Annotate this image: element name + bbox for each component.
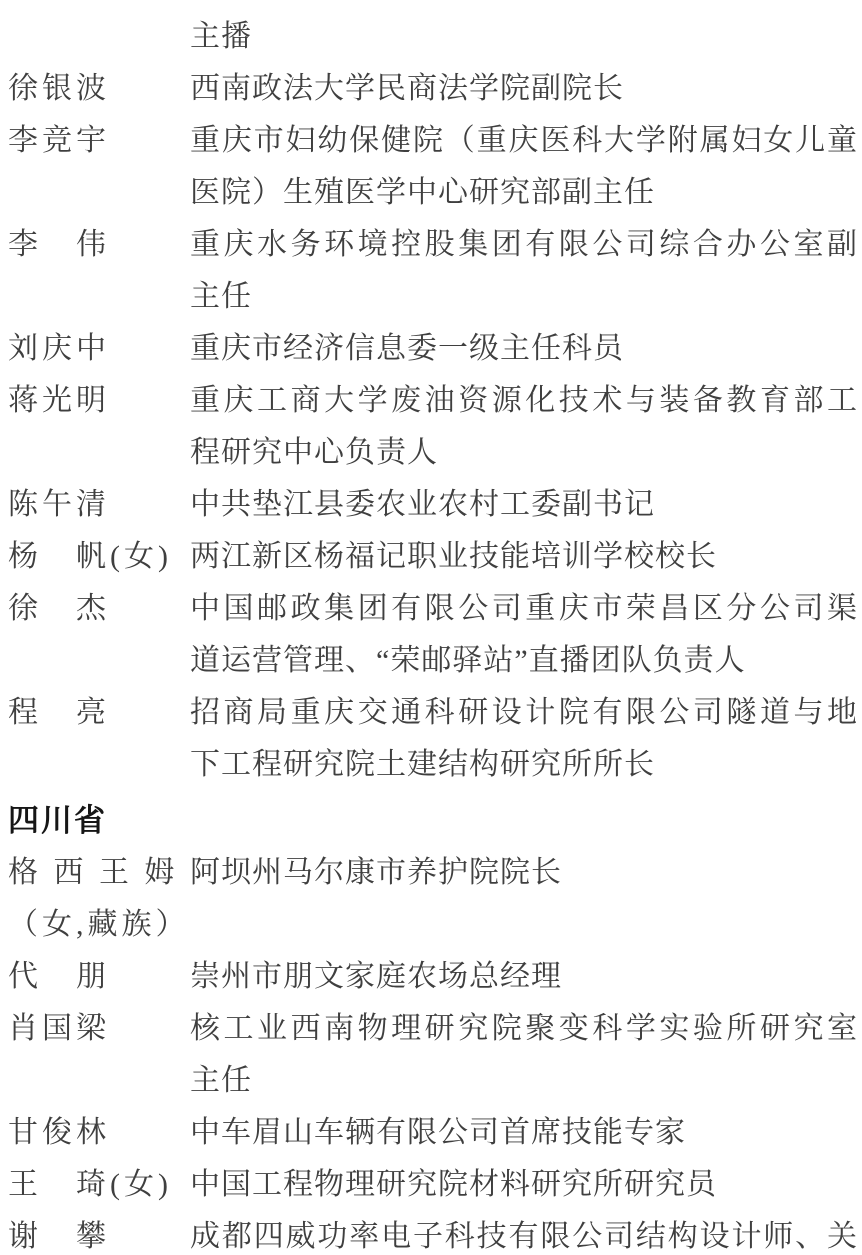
province-section: 主播徐银波西南政法大学民商法学院副院长李竞宇重庆市妇幼保健院（重庆医科大学附属妇…	[8, 11, 862, 791]
entry-description: 中车眉山车辆有限公司首席技能专家	[190, 1107, 858, 1159]
entry-description-line: 重庆市妇幼保健院（重庆医科大学附属妇女儿童	[190, 115, 858, 167]
entry-description-line: 道运营管理、“荣邮驿站”直播团队负责人	[190, 635, 858, 687]
entry-row: 徐 杰中国邮政集团有限公司重庆市荣昌区分公司渠道运营管理、“荣邮驿站”直播团队负…	[8, 583, 862, 687]
entry-name: 王 琦(女)	[8, 1159, 190, 1211]
entry-row: 格 西 王 姆（女,藏族）阿坝州马尔康市养护院院长	[8, 847, 862, 951]
entry-row: 蒋光明重庆工商大学废油资源化技术与装备教育部工程研究中心负责人	[8, 375, 862, 479]
province-section: 四川省格 西 王 姆（女,藏族）阿坝州马尔康市养护院院长代 朋崇州市朋文家庭农场…	[8, 795, 862, 1255]
entry-name-line: （女,藏族）	[8, 899, 190, 951]
entry-description-line: 程研究中心负责人	[190, 427, 858, 479]
entry-row: 程 亮招商局重庆交通科研设计院有限公司隧道与地下工程研究院土建结构研究所所长	[8, 687, 862, 791]
entry-name: 徐银波	[8, 63, 190, 115]
entry-name: 格 西 王 姆（女,藏族）	[8, 847, 190, 951]
entry-row: 代 朋崇州市朋文家庭农场总经理	[8, 951, 862, 1003]
entry-description-line: 主任	[190, 271, 858, 323]
entry-row: 徐银波西南政法大学民商法学院副院长	[8, 63, 862, 115]
entry-row: 陈午清中共垫江县委农业农村工委副书记	[8, 479, 862, 531]
entry-description: 西南政法大学民商法学院副院长	[190, 63, 858, 115]
entry-description: 重庆水务环境控股集团有限公司综合办公室副主任	[190, 219, 858, 323]
entry-description: 重庆工商大学废油资源化技术与装备教育部工程研究中心负责人	[190, 375, 858, 479]
entry-description: 中共垫江县委农业农村工委副书记	[190, 479, 858, 531]
entry-description: 崇州市朋文家庭农场总经理	[190, 951, 858, 1003]
entry-description-line: 崇州市朋文家庭农场总经理	[190, 951, 858, 1003]
province-header: 四川省	[8, 795, 862, 847]
entry-description-line: 中共垫江县委农业农村工委副书记	[190, 479, 858, 531]
entry-name-line: 谢 攀	[8, 1211, 190, 1255]
entry-description-line: 西南政法大学民商法学院副院长	[190, 63, 858, 115]
entry-name: 李竞宇	[8, 115, 190, 167]
entry-row: 李 伟重庆水务环境控股集团有限公司综合办公室副主任	[8, 219, 862, 323]
entry-name: 肖国梁	[8, 1003, 190, 1055]
entry-description: 阿坝州马尔康市养护院院长	[190, 847, 858, 899]
entry-name-line: 徐 杰	[8, 583, 190, 635]
entry-name: 刘庆中	[8, 323, 190, 375]
entry-description: 中国工程物理研究院材料研究所研究员	[190, 1159, 858, 1211]
entry-name-line: 杨 帆(女)	[8, 531, 190, 583]
entry-row: 肖国梁核工业西南物理研究院聚变科学实验所研究室主任	[8, 1003, 862, 1107]
entry-name-line: 格 西 王 姆	[8, 847, 190, 899]
entry-name: 蒋光明	[8, 375, 190, 427]
entry-name: 陈午清	[8, 479, 190, 531]
entry-row: 杨 帆(女)两江新区杨福记职业技能培训学校校长	[8, 531, 862, 583]
entry-description: 招商局重庆交通科研设计院有限公司隧道与地下工程研究院土建结构研究所所长	[190, 687, 858, 791]
entry-row: 甘俊林中车眉山车辆有限公司首席技能专家	[8, 1107, 862, 1159]
entry-name: 徐 杰	[8, 583, 190, 635]
entry-description-line: 核工业西南物理研究院聚变科学实验所研究室	[190, 1003, 858, 1055]
entry-name: 谢 攀	[8, 1211, 190, 1255]
entry-name-line: 徐银波	[8, 63, 190, 115]
entry-name: 甘俊林	[8, 1107, 190, 1159]
entry-description: 重庆市经济信息委一级主任科员	[190, 323, 858, 375]
entry-description: 两江新区杨福记职业技能培训学校校长	[190, 531, 858, 583]
entry-description: 主播	[190, 11, 858, 63]
entry-description-line: 中国工程物理研究院材料研究所研究员	[190, 1159, 858, 1211]
entry-name-line: 甘俊林	[8, 1107, 190, 1159]
entry-name-line: 刘庆中	[8, 323, 190, 375]
entry-row: 王 琦(女)中国工程物理研究院材料研究所研究员	[8, 1159, 862, 1211]
entry-name-line: 李 伟	[8, 219, 190, 271]
entry-row: 主播	[8, 11, 862, 63]
entry-description-line: 阿坝州马尔康市养护院院长	[190, 847, 858, 899]
entry-description: 重庆市妇幼保健院（重庆医科大学附属妇女儿童医院）生殖医学中心研究部副主任	[190, 115, 858, 219]
entry-row: 谢 攀成都四威功率电子科技有限公司结构设计师、关	[8, 1211, 862, 1255]
entry-description-line: 重庆水务环境控股集团有限公司综合办公室副	[190, 219, 858, 271]
entry-name-line: 陈午清	[8, 479, 190, 531]
entry-description-line: 招商局重庆交通科研设计院有限公司隧道与地	[190, 687, 858, 739]
entry-description-line: 重庆工商大学废油资源化技术与装备教育部工	[190, 375, 858, 427]
entry-description-line: 主播	[190, 11, 858, 63]
entry-description-line: 主任	[190, 1055, 858, 1107]
entry-row: 刘庆中重庆市经济信息委一级主任科员	[8, 323, 862, 375]
entry-name-line: 蒋光明	[8, 375, 190, 427]
entry-name-line: 代 朋	[8, 951, 190, 1003]
entry-name-line: 程 亮	[8, 687, 190, 739]
entry-description-line: 医院）生殖医学中心研究部副主任	[190, 167, 858, 219]
entry-name: 程 亮	[8, 687, 190, 739]
entry-description-line: 中车眉山车辆有限公司首席技能专家	[190, 1107, 858, 1159]
entry-description-line: 重庆市经济信息委一级主任科员	[190, 323, 858, 375]
entry-name: 杨 帆(女)	[8, 531, 190, 583]
entry-description: 核工业西南物理研究院聚变科学实验所研究室主任	[190, 1003, 858, 1107]
document-page: 主播徐银波西南政法大学民商法学院副院长李竞宇重庆市妇幼保健院（重庆医科大学附属妇…	[0, 0, 862, 1255]
entry-name-line: 肖国梁	[8, 1003, 190, 1055]
entry-description: 成都四威功率电子科技有限公司结构设计师、关	[190, 1211, 858, 1255]
entry-description-line: 成都四威功率电子科技有限公司结构设计师、关	[190, 1211, 858, 1255]
entry-row: 李竞宇重庆市妇幼保健院（重庆医科大学附属妇女儿童医院）生殖医学中心研究部副主任	[8, 115, 862, 219]
entry-description: 中国邮政集团有限公司重庆市荣昌区分公司渠道运营管理、“荣邮驿站”直播团队负责人	[190, 583, 858, 687]
entry-name-line: 李竞宇	[8, 115, 190, 167]
entry-name: 代 朋	[8, 951, 190, 1003]
entry-name-line: 王 琦(女)	[8, 1159, 190, 1211]
entry-description-line: 中国邮政集团有限公司重庆市荣昌区分公司渠	[190, 583, 858, 635]
entry-description-line: 下工程研究院土建结构研究所所长	[190, 739, 858, 791]
entry-description-line: 两江新区杨福记职业技能培训学校校长	[190, 531, 858, 583]
entry-name: 李 伟	[8, 219, 190, 271]
